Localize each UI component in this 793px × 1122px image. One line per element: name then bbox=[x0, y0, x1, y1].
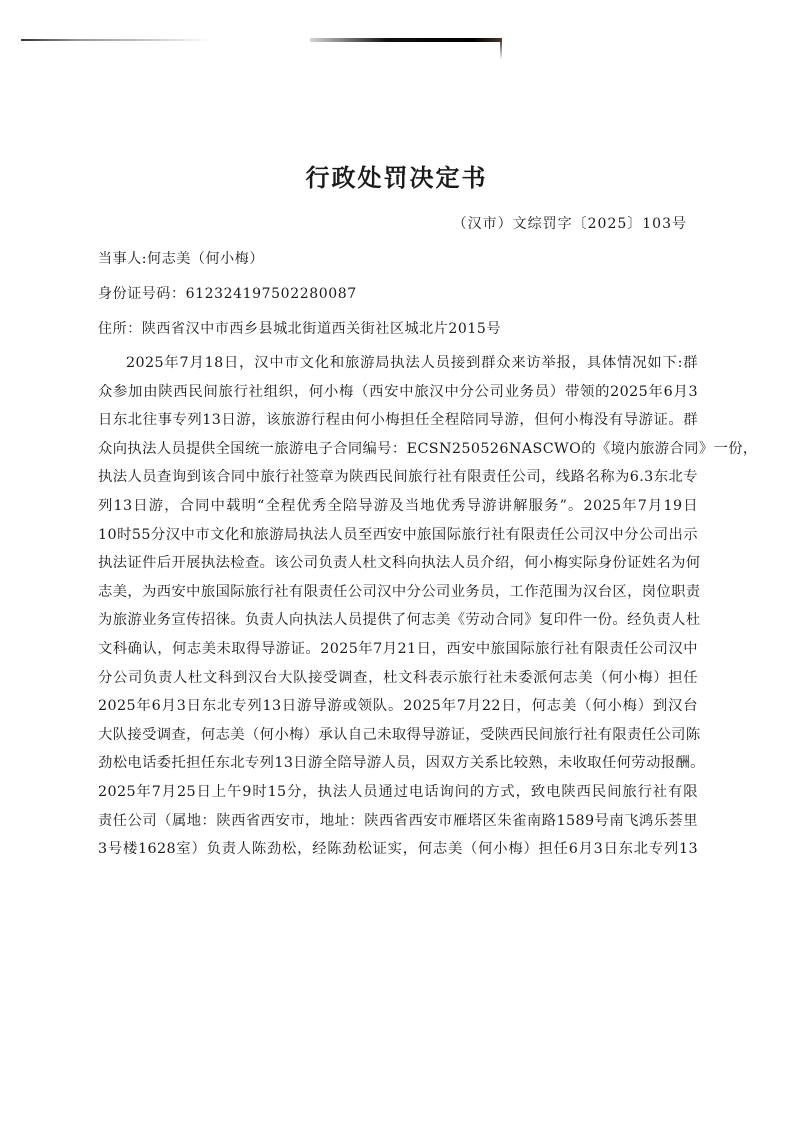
body-line: 3号楼1628室）负责人陈劲松，经陈劲松证实，何志美（何小梅）担任6月3日东北专… bbox=[98, 835, 698, 864]
body-line: 2025年6月3日东北专列13日游导游或领队。2025年7月22日，何志美（何小… bbox=[98, 692, 698, 721]
document-number: （汉市）文综罚字〔2025〕103号 bbox=[453, 213, 687, 233]
body-line: 列13日游，合同中载明“全程优秀全陪导游及当地优秀导游讲解服务”。2025年7月… bbox=[98, 492, 698, 521]
id-number-value: 612324197502280087 bbox=[186, 286, 357, 302]
address-field: 住所：陕西省汉中市西乡县城北街道西关街社区城北片2015号 bbox=[98, 318, 501, 338]
address-label: 住所： bbox=[98, 321, 142, 337]
document-title: 行政处罚决定书 bbox=[0, 158, 793, 193]
body-line: 执法证件后开展执法检查。该公司负责人杜文科向执法人员介绍，何小梅实际身份证姓名为… bbox=[98, 549, 698, 578]
party-value: 何志美（何小梅） bbox=[147, 251, 264, 267]
body-line: 责任公司（属地：陕西省西安市，地址：陕西省西安市雁塔区朱雀南路1589号南飞鸿乐… bbox=[98, 807, 698, 836]
body-line: 为旅游业务宣传招徕。负责人向执法人员提供了何志美《劳动合同》复印件一份。经负责人… bbox=[98, 606, 698, 635]
id-number-label: 身份证号码： bbox=[98, 286, 186, 302]
body-line: 文科确认，何志美未取得导游证。2025年7月21日，西安中旅国际旅行社有限责任公… bbox=[98, 635, 698, 664]
body-paragraph: 2025年7月18日，汉中市文化和旅游局执法人员接到群众来访举报，具体情况如下:… bbox=[98, 349, 698, 864]
body-line: 日东北往事专列13日游，该旅游行程由何小梅担任全程陪同导游，但何小梅没有导游证。… bbox=[98, 406, 698, 435]
id-number-field: 身份证号码：612324197502280087 bbox=[98, 283, 357, 303]
body-line: 执法人员查询到该合同中旅行社签章为陕西民间旅行社有限责任公司，线路名称为6.3东… bbox=[98, 463, 698, 492]
body-line: 2025年7月18日，汉中市文化和旅游局执法人员接到群众来访举报，具体情况如下:… bbox=[98, 349, 698, 378]
body-line: 2025年7月25日上午9时15分，执法人员通过电话询问的方式，致电陕西民间旅行… bbox=[98, 778, 698, 807]
party-label: 当事人: bbox=[98, 251, 147, 267]
scan-artifact-line-right bbox=[310, 38, 502, 42]
scan-artifact-line-left bbox=[21, 39, 211, 41]
body-line: 众参加由陕西民间旅行社组织，何小梅（西安中旅汉中分公司业务员）带领的2025年6… bbox=[98, 378, 698, 407]
body-line: 众向执法人员提供全国统一旅游电子合同编号：ECSN250526NASCWO的《境… bbox=[98, 435, 698, 464]
body-line: 10时55分汉中市文化和旅游局执法人员至西安中旅国际旅行社有限责任公司汉中分公司… bbox=[98, 521, 698, 550]
body-line: 志美，为西安中旅国际旅行社有限责任公司汉中分公司业务员，工作范围为汉台区，岗位职… bbox=[98, 578, 698, 607]
body-line: 大队接受调查，何志美（何小梅）承认自己未取得导游证，受陕西民间旅行社有限责任公司… bbox=[98, 721, 698, 750]
party-field: 当事人:何志美（何小梅） bbox=[98, 248, 264, 268]
body-line: 分公司负责人杜文科到汉台大队接受调查，杜文科表示旅行社未委派何志美（何小梅）担任 bbox=[98, 664, 698, 693]
scan-artifact-edge bbox=[500, 40, 502, 60]
body-line: 劲松电话委托担任东北专列13日游全陪导游人员，因双方关系比较熟，未收取任何劳动报… bbox=[98, 749, 698, 778]
address-value: 陕西省汉中市西乡县城北街道西关街社区城北片2015号 bbox=[142, 321, 501, 337]
